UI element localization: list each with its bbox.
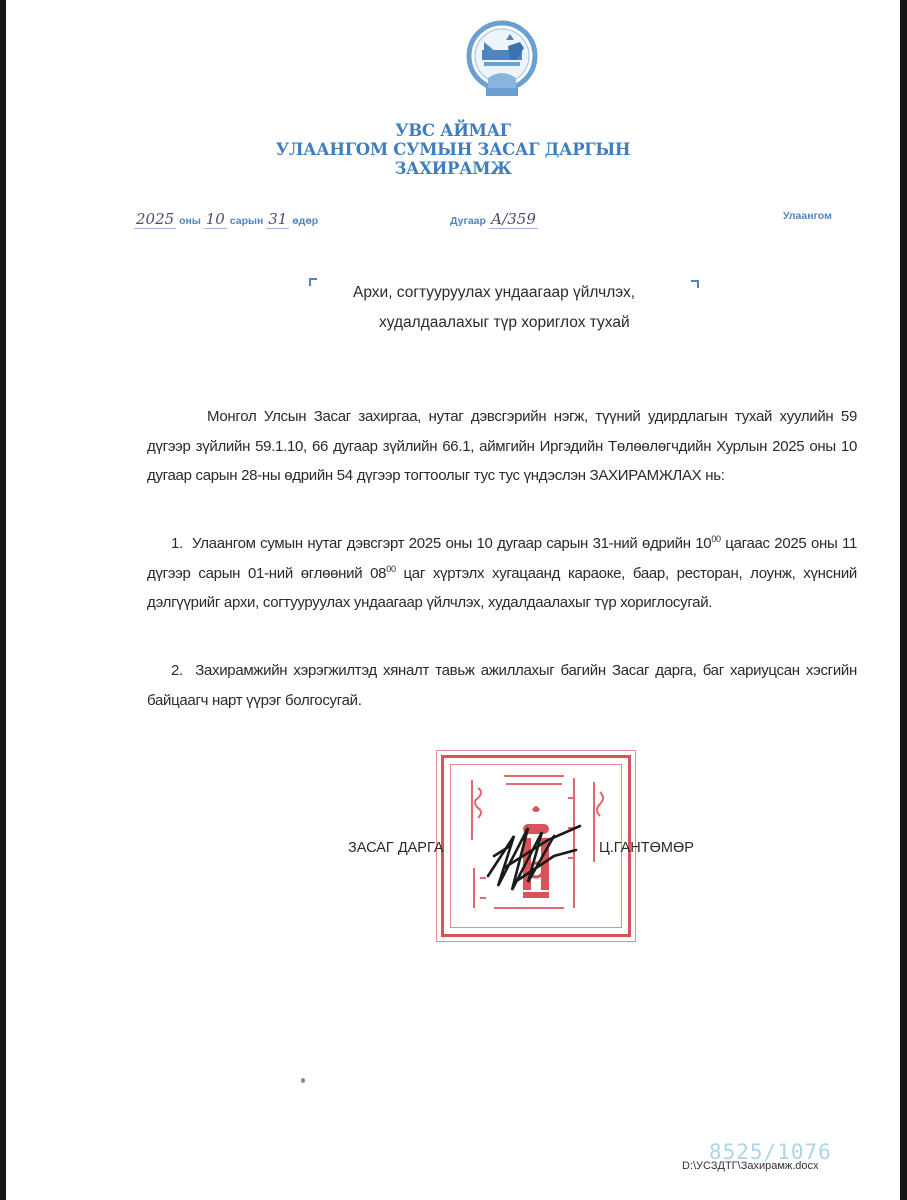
handwritten-signature-icon <box>484 806 584 896</box>
order-item-1: 1. Улаангом сумын нутаг дэвсгэрт 2025 он… <box>147 529 857 618</box>
order-item-2: 2. Захирамжийн хэрэгжилтэд хяналт тавьж … <box>147 656 857 715</box>
document-type: ЗАХИРАМЖ <box>6 159 900 178</box>
mongolia-state-emblem-icon <box>462 18 542 102</box>
number-value: А/359 <box>489 210 538 229</box>
subject-line-1: Архи, согтууруулах ундаагаар үйлчлэх, <box>353 284 753 302</box>
date-day: 31 <box>266 210 289 229</box>
date-month-suffix: сарын <box>230 215 264 227</box>
org-line-aimag: УВС АЙМАГ <box>6 121 900 140</box>
superscript: 00 <box>386 564 395 574</box>
document-number: Дугаар А/359 <box>450 210 538 229</box>
org-line-governor: УЛААНГОМ СУМЫН ЗАСАГ ДАРГЫН <box>6 140 900 159</box>
number-label: Дугаар <box>450 215 486 227</box>
file-path: D:\УСЗДТГ\Захирамж.docx <box>682 1160 819 1172</box>
item-text: Захирамжийн хэрэгжилтэд хяналт тавьж ажи… <box>147 662 857 709</box>
date-year-suffix: оны <box>179 215 201 227</box>
issue-date: 2025 оны 10 сарын 31 өдөр <box>134 210 318 229</box>
item-number: 2. <box>171 662 183 679</box>
issue-city: Улаангом <box>783 210 832 222</box>
superscript: 00 <box>711 534 720 544</box>
date-day-suffix: өдөр <box>292 215 318 227</box>
preamble-paragraph: Монгол Улсын Засаг захиргаа, нутаг дэвсг… <box>147 402 857 491</box>
subject-bracket-left <box>309 278 317 286</box>
item-number: 1. <box>171 535 183 552</box>
scan-speck <box>301 1078 305 1083</box>
date-year: 2025 <box>134 210 176 229</box>
item-text: Улаангом сумын нутаг дэвсгэрт 2025 оны 1… <box>192 535 711 552</box>
date-month: 10 <box>204 210 227 229</box>
signatory-title: ЗАСАГ ДАРГА <box>348 840 444 856</box>
photo-edge-right <box>900 0 907 1200</box>
signatory-name: Ц.ГАНТӨМӨР <box>599 840 694 856</box>
subject-line-2: худалдаалахыг түр хориглох тухай <box>379 314 779 332</box>
document-page: УВС АЙМАГ УЛААНГОМ СУМЫН ЗАСАГ ДАРГЫН ЗА… <box>6 0 900 1200</box>
